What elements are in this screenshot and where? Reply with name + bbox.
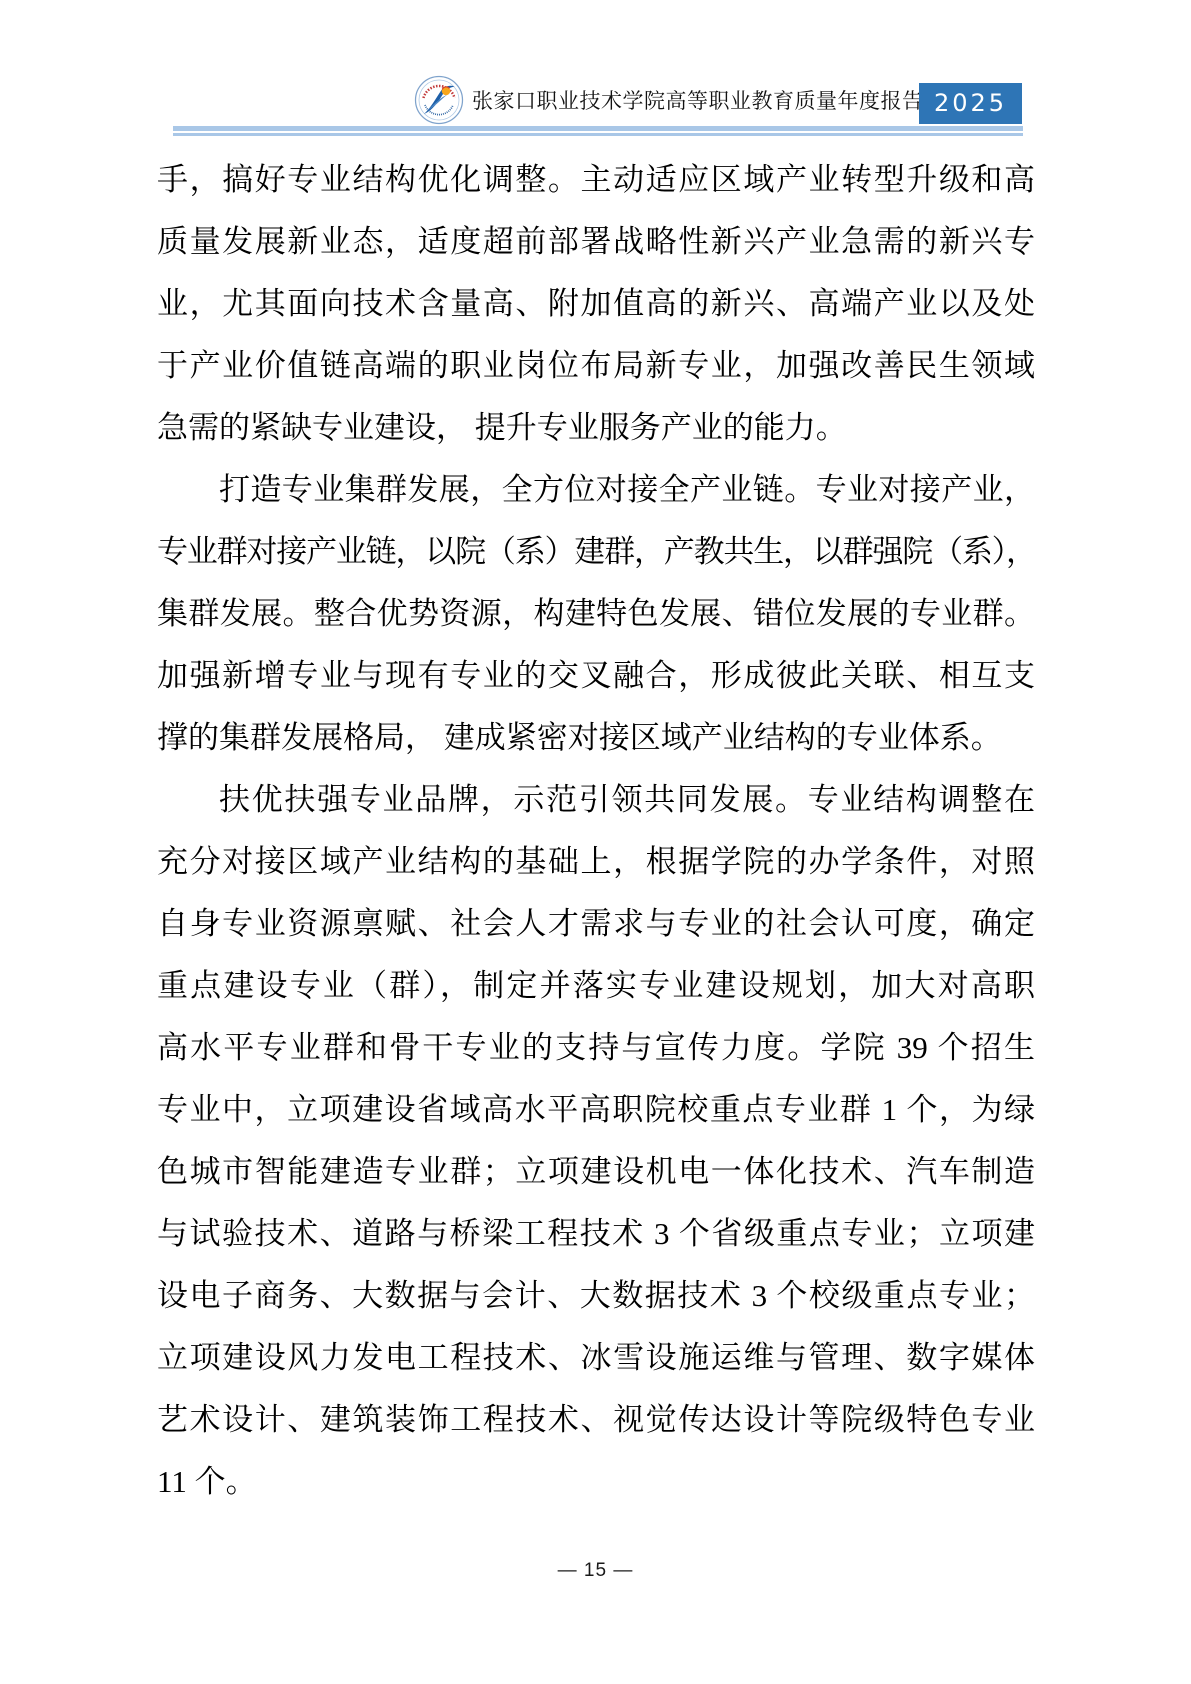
- text-line: 撑的集群发展格局， 建成紧密对接区域产业结构的专业体系。: [157, 707, 1035, 769]
- document-page: 张家口职业技术学院高等职业教育质量年度报告 2025 手，搞好专业结构优化调整。…: [0, 0, 1191, 1684]
- text-line: 充分对接区域产业结构的基础上，根据学院的办学条件，对照: [157, 831, 1035, 893]
- text-line: 专业中，立项建设省域高水平高职院校重点专业群 1 个，为绿: [157, 1079, 1035, 1141]
- text-line: 色城市智能建造专业群；立项建设机电一体化技术、汽车制造: [157, 1141, 1035, 1203]
- year-badge: 2025: [919, 83, 1022, 124]
- header-divider: [173, 126, 1023, 136]
- page-header: 张家口职业技术学院高等职业教育质量年度报告 2025: [0, 0, 1191, 140]
- text-line: 专业群对接产业链，以院（系）建群，产教共生，以群强院（系），: [157, 521, 1035, 583]
- text-line: 手，搞好专业结构优化调整。主动适应区域产业转型升级和高: [157, 149, 1035, 211]
- page-number: — 15 —: [0, 1560, 1191, 1582]
- college-seal-icon: [414, 75, 464, 125]
- body-text: 手，搞好专业结构优化调整。主动适应区域产业转型升级和高 质量发展新业态，适度超前…: [157, 149, 1035, 1513]
- text-line: 立项建设风力发电工程技术、冰雪设施运维与管理、数字媒体: [157, 1327, 1035, 1389]
- text-line: 自身专业资源禀赋、社会人才需求与专业的社会认可度，确定: [157, 893, 1035, 955]
- text-line: 加强新增专业与现有专业的交叉融合，形成彼此关联、相互支: [157, 645, 1035, 707]
- text-line: 设电子商务、大数据与会计、大数据技术 3 个校级重点专业；: [157, 1265, 1035, 1327]
- text-line: 11 个。: [157, 1451, 1035, 1513]
- text-line: 重点建设专业（群），制定并落实专业建设规划，加大对高职: [157, 955, 1035, 1017]
- text-line: 业，尤其面向技术含量高、附加值高的新兴、高端产业以及处: [157, 273, 1035, 335]
- text-line: 与试验技术、道路与桥梁工程技术 3 个省级重点专业；立项建: [157, 1203, 1035, 1265]
- text-line: 质量发展新业态，适度超前部署战略性新兴产业急需的新兴专: [157, 211, 1035, 273]
- text-line: 集群发展。整合优势资源，构建特色发展、错位发展的专业群。: [157, 583, 1035, 645]
- text-line: 扶优扶强专业品牌，示范引领共同发展。专业结构调整在: [157, 769, 1035, 831]
- text-line: 高水平专业群和骨干专业的支持与宣传力度。学院 39 个招生: [157, 1017, 1035, 1079]
- text-line: 打造专业集群发展，全方位对接全产业链。专业对接产业，: [157, 459, 1035, 521]
- text-line: 于产业价值链高端的职业岗位布局新专业，加强改善民生领域: [157, 335, 1035, 397]
- text-line: 急需的紧缺专业建设， 提升专业服务产业的能力。: [157, 397, 1035, 459]
- report-title: 张家口职业技术学院高等职业教育质量年度报告: [472, 87, 922, 115]
- text-line: 艺术设计、建筑装饰工程技术、视觉传达设计等院级特色专业: [157, 1389, 1035, 1451]
